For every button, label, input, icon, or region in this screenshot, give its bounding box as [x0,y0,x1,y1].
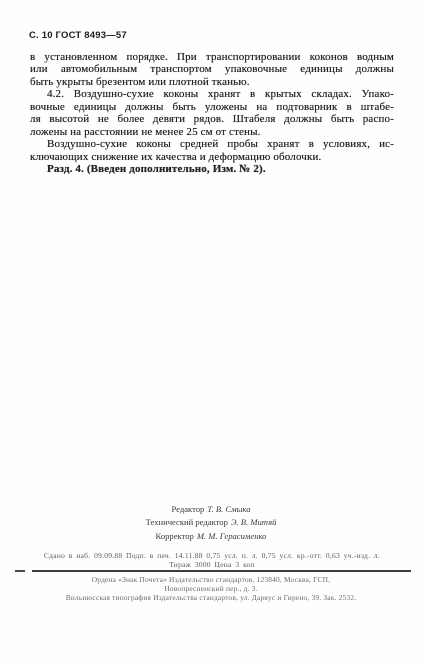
publisher-street-line: Новопресненский пер., д. 3. [8,584,414,593]
page-header: С. 10 ГОСТ 8493—57 [29,30,127,41]
publisher-block: Ордена «Знак Почета» Издательство станда… [8,575,414,603]
credit-role: Технический редактор [146,517,228,527]
rule-dash [15,570,25,572]
body-line: ключающих снижение их качества и деформа… [30,151,394,163]
body-line: в установленном порядке. При транспортир… [30,51,394,63]
credit-line-technical-editor: Технический редакторЭ. В. Митяй [0,516,422,529]
body-line: быть укрыты брезентом или плотной тканью… [30,76,394,88]
imprint-block: Сдано в наб. 09.09.88 Подп. в печ. 14.11… [16,551,408,569]
body-line: Воздушно-сухие коконы средней пробы хран… [30,138,394,150]
separator-rule [15,570,411,572]
printing-house-line: Вильнюсская типография Издательства стан… [8,593,414,602]
credit-line-proofreader: КорректорМ. М. Герасименко [0,530,422,543]
document-page: С. 10 ГОСТ 8493—57 в установленном поряд… [0,0,422,663]
body-line: вочные единицы должны быть уложены на по… [30,101,394,113]
credit-name: Э. В. Митяй [231,517,277,527]
publisher-address-line: Ордена «Знак Почета» Издательство станда… [8,575,414,584]
body-line: ложены на расстоянии не менее 25 см от с… [30,126,394,138]
credit-name: Т. В. Смыка [207,504,250,514]
imprint-dates-line: Сдано в наб. 09.09.88 Подп. в печ. 14.11… [16,551,408,560]
credit-role: Корректор [156,531,194,541]
body-line: или автомобильным транспортом упаковочны… [30,63,394,75]
body-line: 4.2. Воздушно-сухие коконы хранят в крыт… [30,88,394,100]
body-line-amendment-note: Разд. 4. (Введен дополнительно, Изм. № 2… [30,163,394,175]
body-text-block: в установленном порядке. При транспортир… [30,51,394,176]
credit-line-editor: РедакторТ. В. Смыка [0,503,422,516]
rule-line [32,570,411,572]
credit-name: М. М. Герасименко [197,531,267,541]
body-line: ля высотой не более девяти рядов. Штабел… [30,113,394,125]
credits-block: РедакторТ. В. Смыка Технический редактор… [0,503,422,543]
credit-role: Редактор [171,504,204,514]
imprint-tirazh-line: Тираж 3000 Цена 3 коп [16,560,408,569]
